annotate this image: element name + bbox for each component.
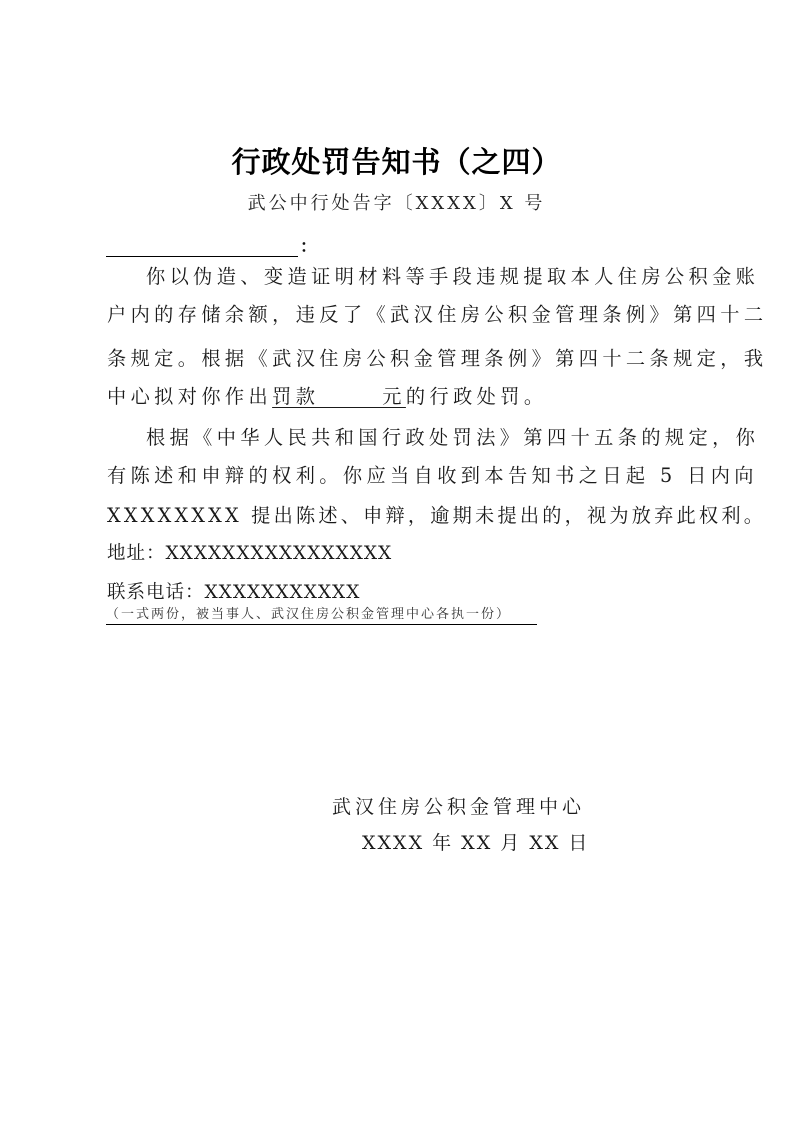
phone-line: 联系电话：XXXXXXXXXXX	[107, 578, 360, 604]
paragraph2-line3: XXXXXXXX 提出陈述、申辩，逾期未提出的，视为放弃此权利。	[107, 501, 766, 528]
penalty-amount: 罚款 元	[272, 385, 406, 408]
address-line: 地址：XXXXXXXXXXXXXXXX	[107, 539, 392, 565]
addressee-line: ：	[106, 232, 317, 252]
paragraph1-line3: 条规定。根据《武汉住房公积金管理条例》第四十二条规定，我	[107, 344, 767, 371]
paragraph1-line1: 你以伪造、变造证明材料等手段违规提取本人住房公积金账	[146, 262, 759, 289]
document-title: 行政处罚告知书（之四）	[0, 140, 793, 181]
paragraph1-line4: 中心拟对你作出罚款 元的行政处罚。	[107, 382, 547, 409]
copies-note: （一式两份，被当事人、武汉住房公积金管理中心各执一份）	[106, 603, 537, 625]
document-number: 武公中行处告字〔XXXX〕X 号	[0, 189, 793, 215]
issue-date: XXXX 年 XX 月 XX 日	[362, 828, 589, 855]
addressee-colon: ：	[300, 237, 317, 257]
paragraph2-line1: 根据《中华人民共和国行政处罚法》第四十五条的规定，你	[146, 423, 759, 450]
paragraph2-line2: 有陈述和申辩的权利。你应当自收到本告知书之日起 5 日内向	[107, 461, 758, 488]
addressee-blank	[106, 238, 298, 257]
paragraph1-line2: 户内的存储余额，违反了《武汉住房公积金管理条例》第四十二	[107, 300, 767, 327]
issuing-organization: 武汉住房公积金管理中心	[332, 792, 585, 819]
penalty-prefix: 中心拟对你作出	[107, 385, 272, 408]
penalty-suffix: 的行政处罚。	[406, 385, 548, 408]
